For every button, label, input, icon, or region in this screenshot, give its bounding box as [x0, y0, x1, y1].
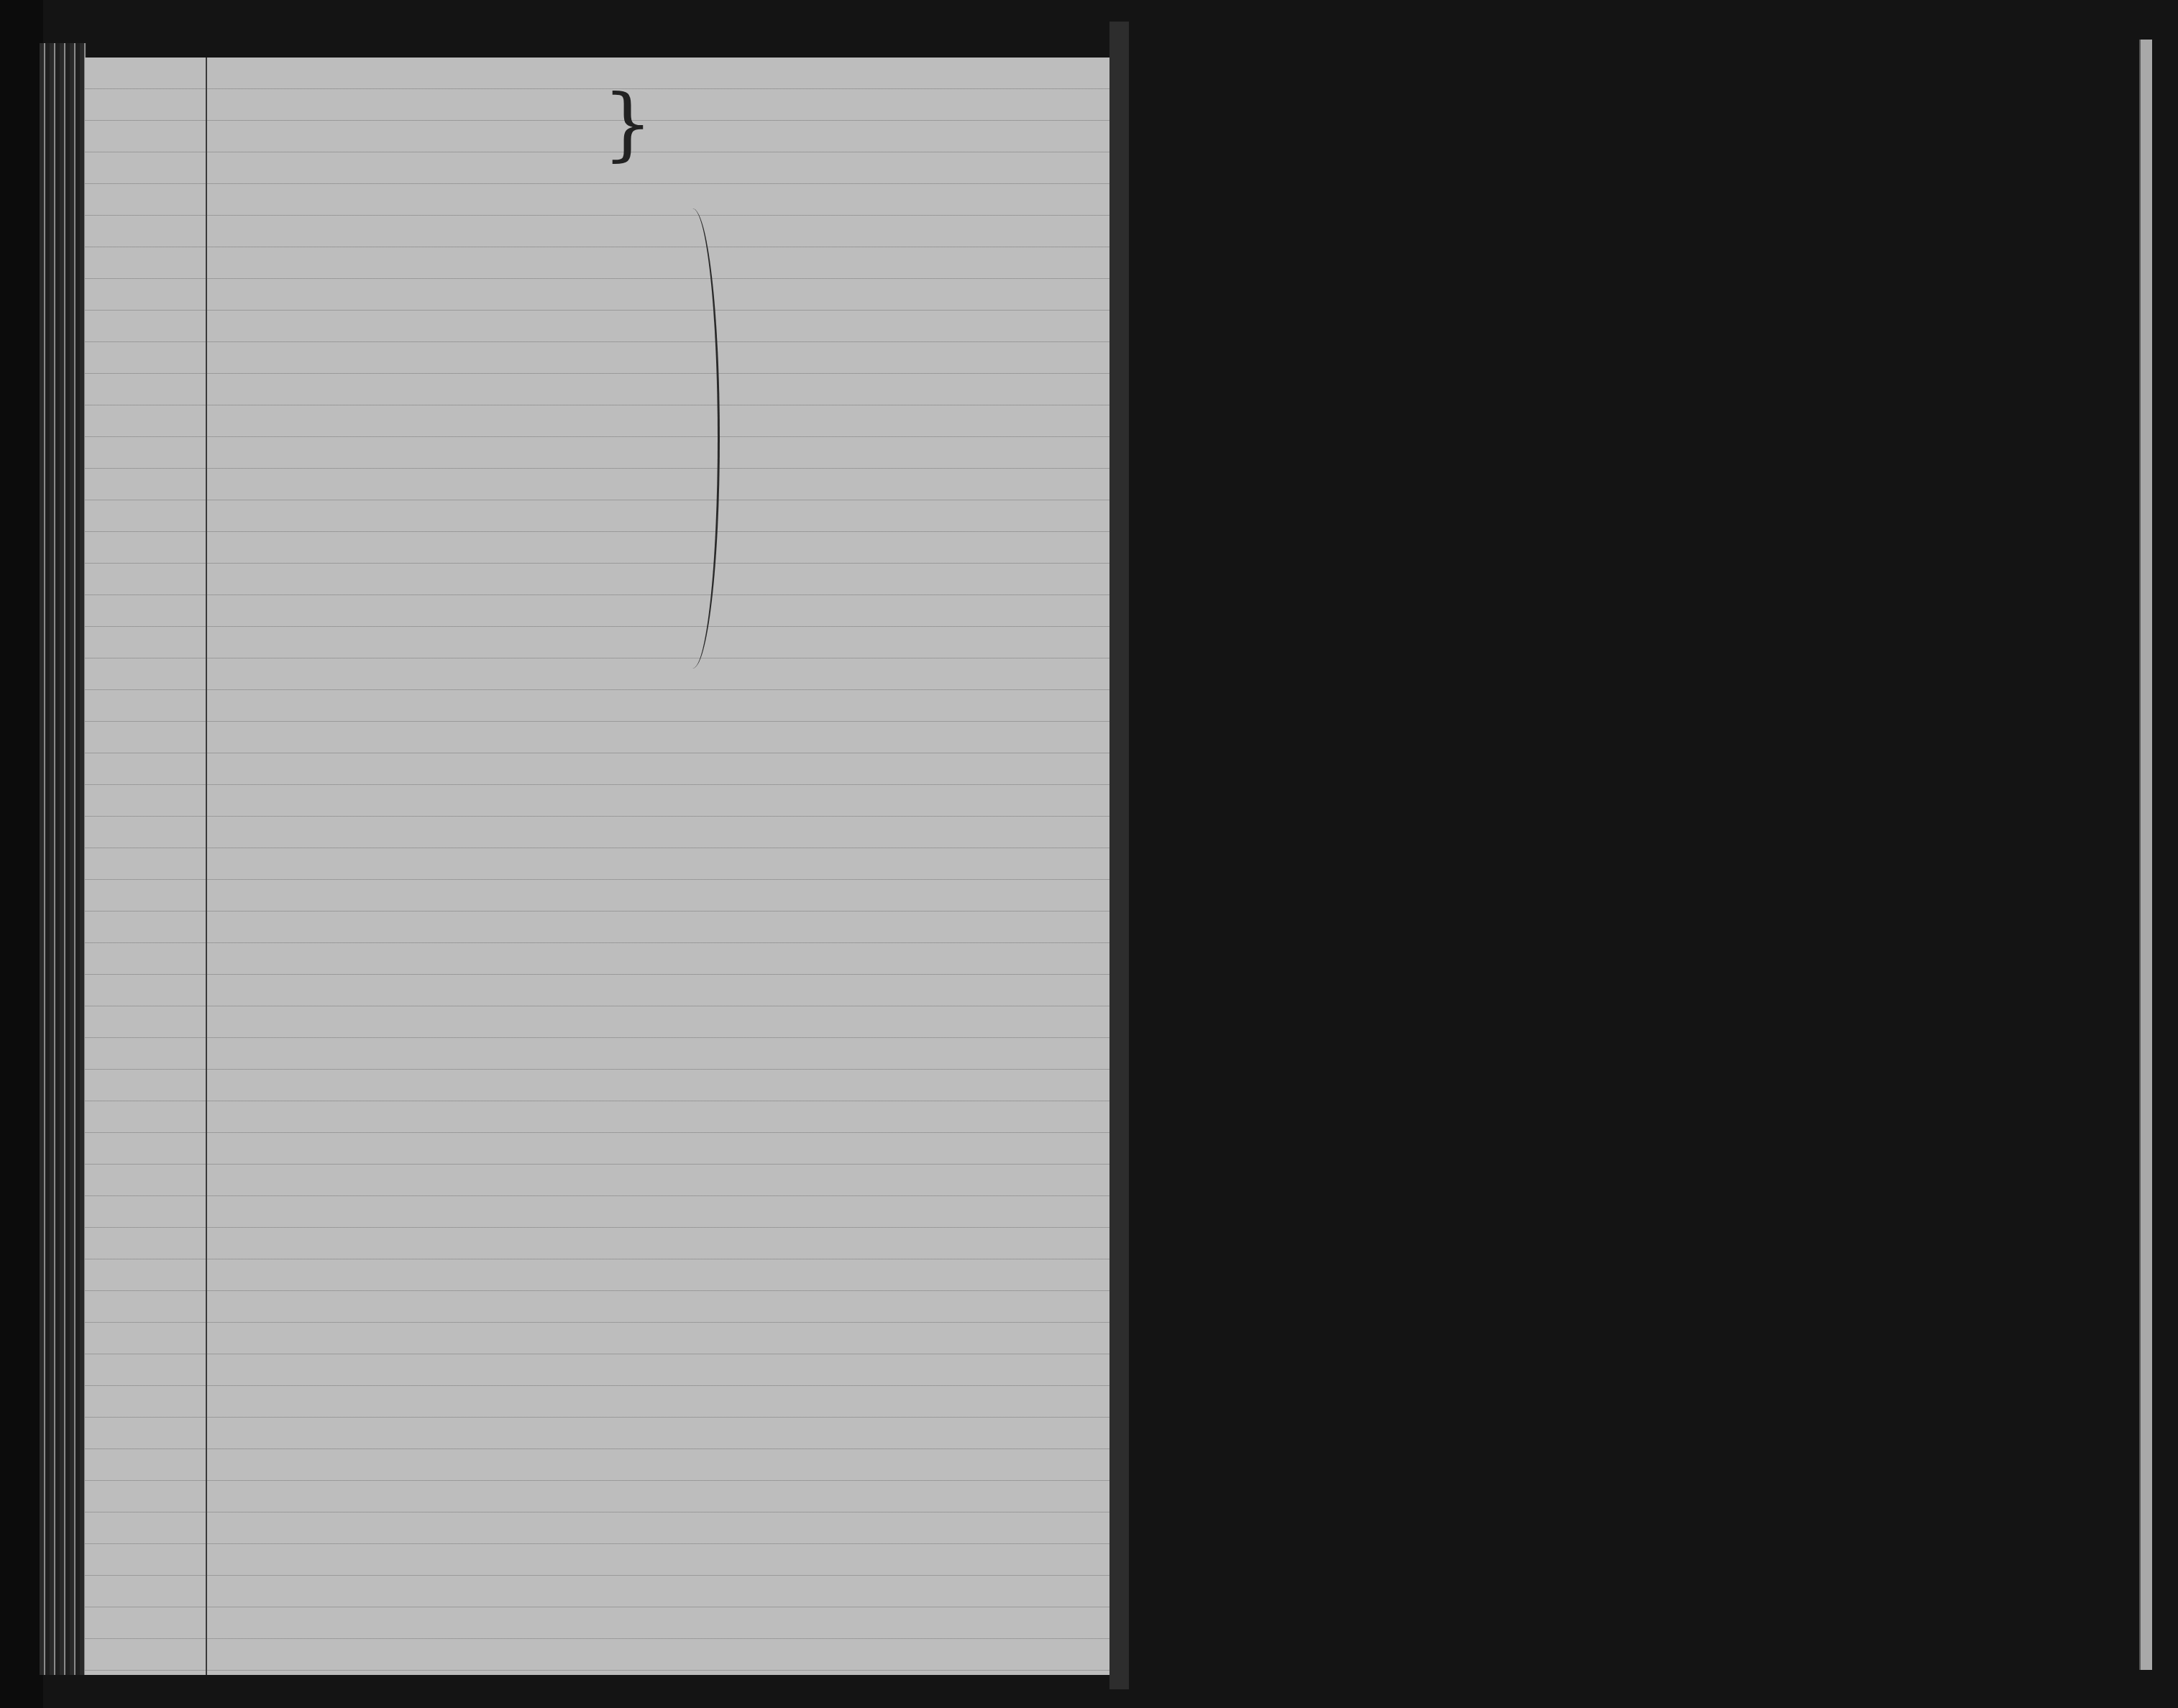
- parties-brace-icon: [674, 208, 720, 669]
- book-binding: [0, 0, 43, 1708]
- book-gutter: [1109, 22, 1129, 1689]
- margin-line: [206, 58, 207, 1675]
- page-edges: [40, 43, 86, 1675]
- left-page: }: [85, 58, 1109, 1675]
- caption-brace-icon: }: [603, 78, 653, 170]
- right-page-edge: [2139, 40, 2152, 1670]
